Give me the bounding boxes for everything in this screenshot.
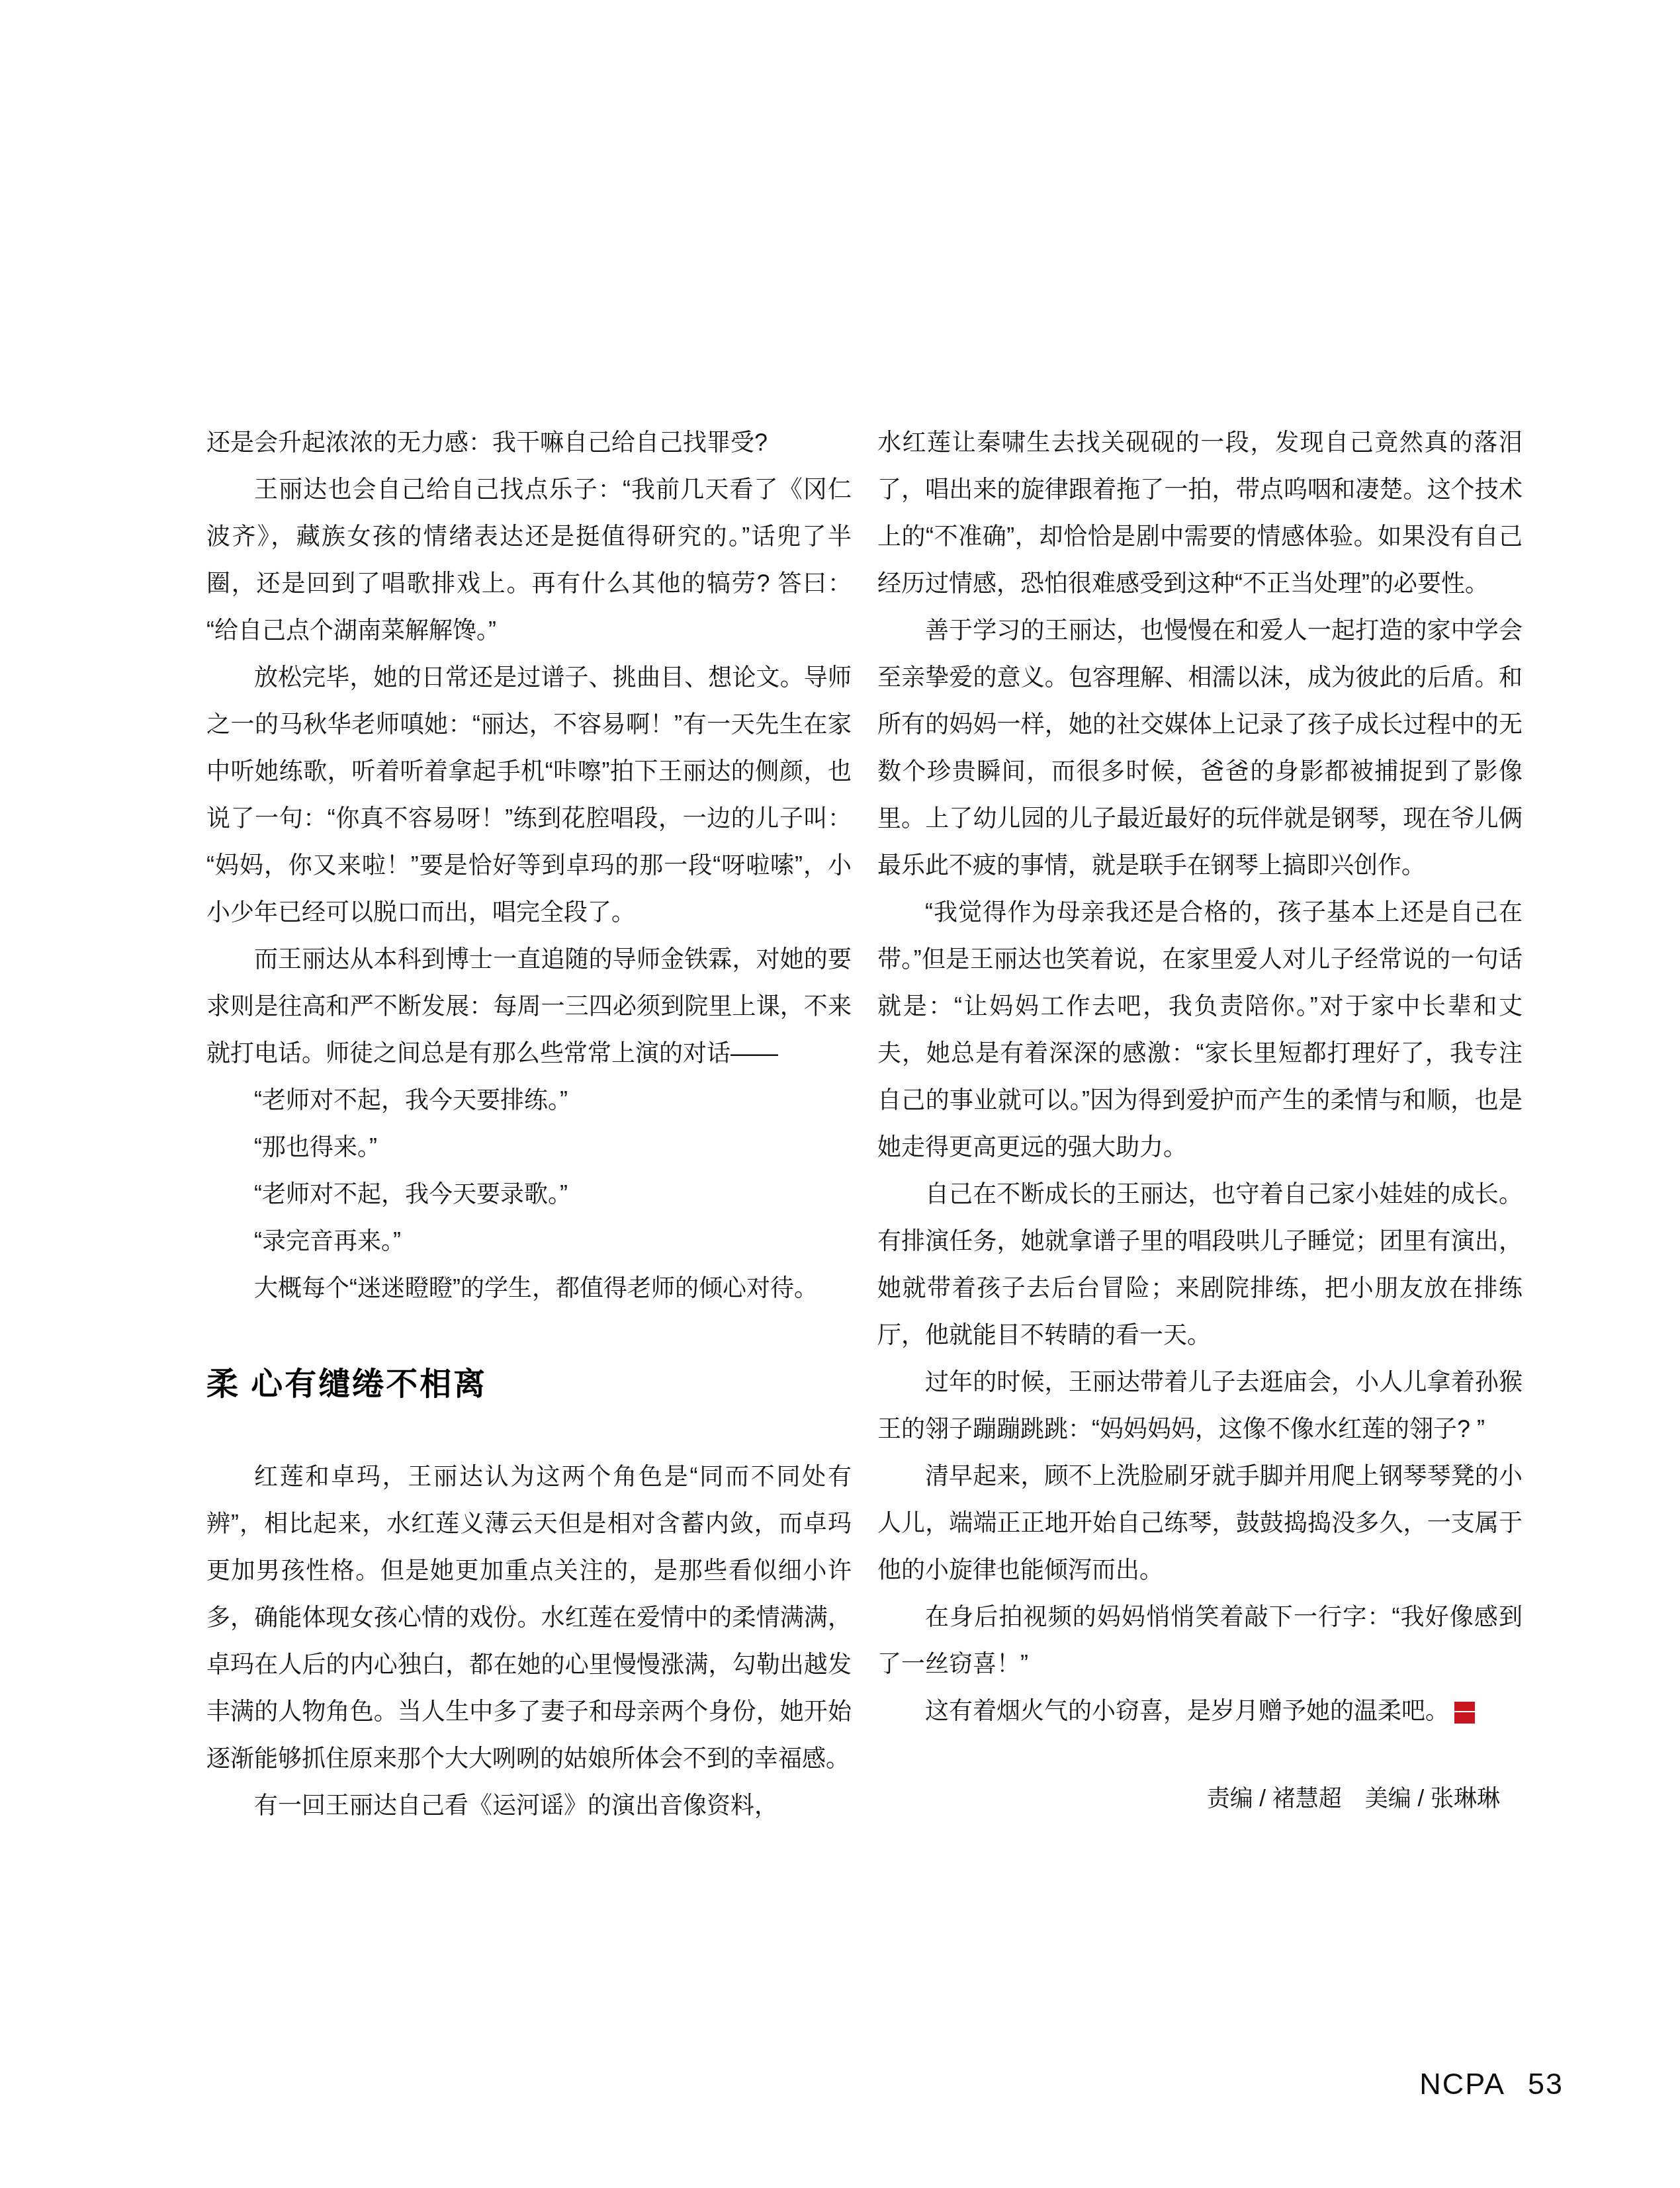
- paragraph: 放松完毕，她的日常还是过谱子、挑曲目、想论文。导师之一的马秋华老师嗔她：“丽达，…: [206, 654, 852, 936]
- magazine-page: 还是会升起浓浓的无力感：我干嘛自己给自己找罪受? 王丽达也会自己给自己找点乐子：…: [0, 0, 1680, 2188]
- paragraph: 善于学习的王丽达，也慢慢在和爱人一起打造的家中学会至亲挚爱的意义。包容理解、相濡…: [877, 607, 1523, 889]
- paragraph: 这有着烟火气的小窃喜，是岁月赠予她的温柔吧。NCPA: [877, 1687, 1523, 1734]
- paragraph: 而王丽达从本科到博士一直追随的导师金铁霖，对她的要求则是往高和严不断发展：每周一…: [206, 936, 852, 1076]
- page-number: NCPA 53: [1419, 2068, 1564, 2100]
- paragraph: 自己在不断成长的王丽达，也守着自己家小娃娃的成长。有排演任务，她就拿谱子里的唱段…: [877, 1170, 1523, 1358]
- ncpa-seal-icon: NCPA: [1454, 1702, 1475, 1724]
- paragraph-text: 这有着烟火气的小窃喜，是岁月赠予她的温柔吧。: [925, 1697, 1449, 1724]
- paragraph: 王丽达也会自己给自己找点乐子：“我前几天看了《冈仁波齐》，藏族女孩的情绪表达还是…: [206, 466, 852, 654]
- paragraph: 有一回王丽达自己看《运河谣》的演出音像资料，: [206, 1782, 852, 1829]
- paragraph: “我觉得作为母亲我还是合格的，孩子基本上还是自己在带。”但是王丽达也笑着说，在家…: [877, 889, 1523, 1170]
- dialogue-line: “那也得来。”: [206, 1123, 852, 1170]
- paragraph: 过年的时候，王丽达带着儿子去逛庙会，小人儿拿着孙猴王的翎子蹦蹦跳跳：“妈妈妈妈，…: [877, 1358, 1523, 1452]
- paragraph: 红莲和卓玛，王丽达认为这两个角色是“同而不同处有辨”，相比起来，水红莲义薄云天但…: [206, 1453, 852, 1782]
- dialogue-line: “老师对不起，我今天要录歌。”: [206, 1170, 852, 1217]
- left-column: 还是会升起浓浓的无力感：我干嘛自己给自己找罪受? 王丽达也会自己给自己找点乐子：…: [206, 419, 852, 1829]
- dialogue-line: “录完音再来。”: [206, 1217, 852, 1264]
- paragraph: 在身后拍视频的妈妈悄悄笑着敲下一行字：“我好像感到了一丝窃喜！”: [877, 1593, 1523, 1687]
- paragraph: 还是会升起浓浓的无力感：我干嘛自己给自己找罪受?: [206, 419, 852, 466]
- section-heading: 柔 心有缱绻不相离: [206, 1368, 852, 1401]
- paragraph: 清早起来，顾不上洗脸刷牙就手脚并用爬上钢琴琴凳的小人儿，端端正正地开始自己练琴，…: [877, 1452, 1523, 1593]
- dialogue-line: “老师对不起，我今天要排练。”: [206, 1076, 852, 1123]
- right-column: 水红莲让秦啸生去找关砚砚的一段，发现自己竟然真的落泪了，唱出来的旋律跟着拖了一拍…: [877, 419, 1523, 1812]
- credits: 责编 / 褚慧超 美编 / 张琳琳: [877, 1786, 1523, 1812]
- seal-text-bottom: PA: [1454, 1712, 1475, 1722]
- paragraph: 大概每个“迷迷瞪瞪”的学生，都值得老师的倾心对待。: [206, 1264, 852, 1311]
- paragraph: 水红莲让秦啸生去找关砚砚的一段，发现自己竟然真的落泪了，唱出来的旋律跟着拖了一拍…: [877, 419, 1523, 607]
- seal-text-top: NC: [1454, 1702, 1475, 1712]
